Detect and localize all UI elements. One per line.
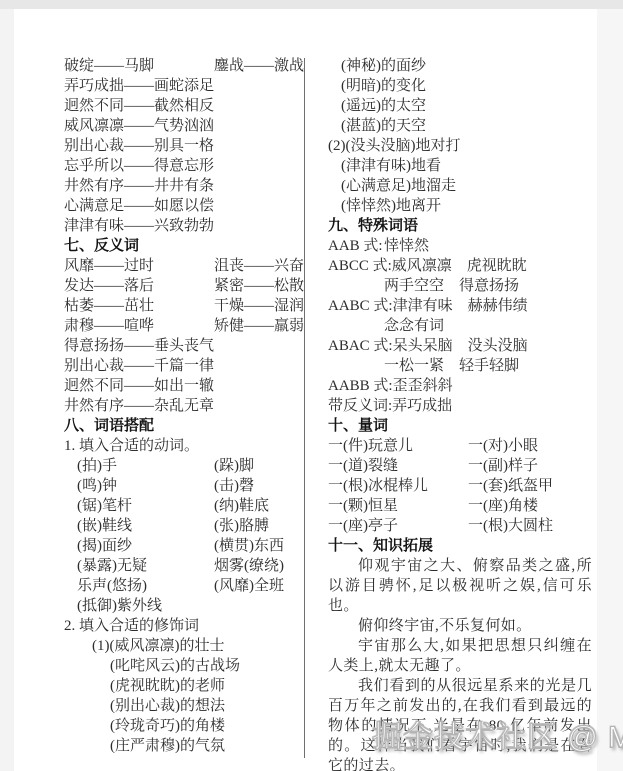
modifier-line: (2)(没头没脑)地对打 [328,136,592,156]
pattern-label: 带反义词: [328,396,392,416]
modifier-line: (叱咤风云)的古战场 [64,656,304,676]
pattern-words: 威风凛凛 虎视眈眈 [392,256,527,276]
pair-right: 一(对)小眼 [468,436,538,456]
pair-left: 一(根)冰棍棒儿 [328,476,468,496]
modifier-line: (神秘)的面纱 [328,56,592,76]
pair-right: 干燥——湿润 [214,296,304,316]
pattern-words: 念念有词 [384,316,444,336]
pattern-words: 歪歪斜斜 [393,376,453,396]
synonym-line: 津津有味——兴致勃勃 [64,216,304,236]
pair-left: 一(座)亭子 [328,516,468,536]
measure-word-row: 一(根)冰棍棒儿一(套)纸盔甲 [328,476,592,496]
special-words-row: 一松一紧 轻手轻脚 [328,356,592,376]
antonym-line: 别出心裁——千篇一律 [64,356,304,376]
pattern-label [328,316,384,336]
section-header-antonyms: 七、反义词 [64,236,304,256]
pair-right: 一(座)角楼 [468,496,538,516]
pattern-words: 两手空空 得意扬扬 [384,276,519,296]
right-column: (神秘)的面纱(明暗)的变化(遥远)的太空(湛蓝)的天空(2)(没头没脑)地对打… [328,56,592,771]
pattern-label [328,276,384,296]
special-words-row: AAB 式:悻悻然 [328,236,592,256]
modifier-line: (1)(威风凛凛)的壮士 [64,636,304,656]
special-words-row: AABB 式:歪歪斜斜 [328,376,592,396]
pair-right: 一(套)纸盔甲 [468,476,553,496]
pattern-label: AAB 式: [328,236,384,256]
special-words-row: 两手空空 得意扬扬 [328,276,592,296]
pair-left: 肃穆——喧哗 [64,316,214,336]
special-words-row: ABCC 式:威风凛凛 虎视眈眈 [328,256,592,276]
modifier-line: (虎视眈眈)的老师 [64,676,304,696]
special-words-row: ABAC 式:呆头呆脑 没头没脑 [328,336,592,356]
pair-right: 矫健——羸弱 [214,316,304,336]
verb-collocation-line: (抵御)紫外线 [64,596,304,616]
pair-left: 一(颗)恒星 [328,496,468,516]
scanned-page: { "watermark": { "text": "掘金技术社区 @ Mrj" … [0,0,623,771]
pair-right: (纳)鞋底 [214,496,269,516]
modifier-line: (悻悻然)地离开 [328,196,592,216]
left-column: 破绽——马脚鏖战——激战弄巧成拙——画蛇添足迥然不同——截然相反威风凛凛——气势… [64,56,304,756]
antonym-pair-row: 发达——落后紧密——松散 [64,276,304,296]
pair-right: (张)胳膊 [214,516,269,536]
antonym-pair-row: 肃穆——喧哗矫健——羸弱 [64,316,304,336]
modifier-line: (津津有味)地看 [328,156,592,176]
pattern-words: 呆头呆脑 没头没脑 [393,336,528,356]
verb-collocation-row: (暴露)无疑烟雾(缭绕) [64,556,304,576]
modifier-line: (玲珑奇巧)的角楼 [64,716,304,736]
pair-left: (拍)手 [77,456,214,476]
pattern-words: 一松一紧 轻手轻脚 [384,356,519,376]
antonym-line: 迥然不同——如出一辙 [64,376,304,396]
top-gray-bar [0,0,623,9]
pair-left: 破绽——马脚 [64,56,214,76]
verb-collocation-row: (揭)面纱(横贯)东西 [64,536,304,556]
modifier-line: (心满意足)地溜走 [328,176,592,196]
synonym-line: 迥然不同——截然相反 [64,96,304,116]
pair-left: (暴露)无疑 [77,556,214,576]
pair-right: (击)磬 [214,476,254,496]
pair-left: (鸣)钟 [77,476,214,496]
synonym-line: 威风凛凛——气势汹汹 [64,116,304,136]
synonym-pair-row: 破绽——马脚鏖战——激战 [64,56,304,76]
column-divider-line [304,58,305,758]
pair-left: (揭)面纱 [77,536,214,556]
modifier-line: (遥远)的太空 [328,96,592,116]
pattern-label: ABCC 式: [328,256,392,276]
verb-collocation-row: 乐声(悠扬)(风靡)全班 [64,576,304,596]
verb-collocation-row: (拍)手(跺)脚 [64,456,304,476]
special-words-row: 念念有词 [328,316,592,336]
synonym-line: 弄巧成拙——画蛇添足 [64,76,304,96]
left-page-margin [0,9,14,771]
pair-right: (跺)脚 [214,456,254,476]
measure-word-row: 一(件)玩意儿一(对)小眼 [328,436,592,456]
synonym-line: 心满意足——如愿以偿 [64,196,304,216]
antonym-pair-row: 风靡——过时沮丧——兴奋 [64,256,304,276]
right-page-margin [597,9,623,771]
knowledge-paragraph: 俯仰终宇宙,不乐复何如。 [328,616,592,636]
subsection-title: 1. 填入合适的动词。 [64,436,304,456]
measure-word-row: 一(颗)恒星一(座)角楼 [328,496,592,516]
pair-right: 一(根)大圆柱 [468,516,553,536]
pattern-words: 津津有味 赫赫伟绩 [393,296,528,316]
verb-collocation-row: (嵌)鞋线(张)胳膊 [64,516,304,536]
pattern-words: 悻悻然 [384,236,429,256]
pair-right: 一(副)样子 [468,456,538,476]
pair-left: (锯)笔杆 [77,496,214,516]
verb-collocation-row: (锯)笔杆(纳)鞋底 [64,496,304,516]
modifier-line: (湛蓝)的天空 [328,116,592,136]
pair-right: 鏖战——激战 [214,56,304,76]
pair-right: (横贯)东西 [214,536,284,556]
synonym-line: 井然有序——井井有条 [64,176,304,196]
modifier-line: (庄严肃穆)的气氛 [64,736,304,756]
verb-collocation-row: (鸣)钟(击)磬 [64,476,304,496]
special-words-row: AABC 式:津津有味 赫赫伟绩 [328,296,592,316]
pair-left: (嵌)鞋线 [77,516,214,536]
section-header-collocation: 八、词语搭配 [64,416,304,436]
pair-right: 沮丧——兴奋 [214,256,304,276]
measure-word-row: 一(道)裂缝一(副)样子 [328,456,592,476]
measure-word-row: 一(座)亭子一(根)大圆柱 [328,516,592,536]
pattern-label: AABB 式: [328,376,393,396]
pair-left: 一(道)裂缝 [328,456,468,476]
pair-left: 乐声(悠扬) [77,576,214,596]
knowledge-paragraph: 宇宙那么大,如果把思想只纠缠在人类上,就太无趣了。 [328,636,592,676]
section-header-special-words: 九、特殊词语 [328,216,592,236]
pair-left: 一(件)玩意儿 [328,436,468,456]
synonym-line: 忘乎所以——得意忘形 [64,156,304,176]
antonym-line: 得意扬扬——垂头丧气 [64,336,304,356]
section-header-measure-words: 十、量词 [328,416,592,436]
pair-left: 风靡——过时 [64,256,214,276]
special-words-row: 带反义词:弄巧成拙 [328,396,592,416]
watermark: 掘金技术社区 @ Mrj [372,712,623,756]
pattern-label: ABAC 式: [328,336,393,356]
knowledge-paragraph: 仰观宇宙之大、俯察品类之盛,所以游目骋怀,足以极视听之娱,信可乐也。 [328,556,592,616]
pair-right: 紧密——松散 [214,276,304,296]
pair-right: (风靡)全班 [214,576,284,596]
pair-left: 枯萎——茁壮 [64,296,214,316]
modifier-line: (明暗)的变化 [328,76,592,96]
pattern-label [328,356,384,376]
subsection-title: 2. 填入合适的修饰词 [64,616,304,636]
section-header-knowledge: 十一、知识拓展 [328,536,592,556]
synonym-line: 别出心裁——别具一格 [64,136,304,156]
modifier-line: (别出心裁)的想法 [64,696,304,716]
antonym-pair-row: 枯萎——茁壮干燥——湿润 [64,296,304,316]
antonym-line: 井然有序——杂乱无章 [64,396,304,416]
pair-right: 烟雾(缭绕) [214,556,284,576]
pair-left: 发达——落后 [64,276,214,296]
pattern-words: 弄巧成拙 [392,396,452,416]
pattern-label: AABC 式: [328,296,393,316]
